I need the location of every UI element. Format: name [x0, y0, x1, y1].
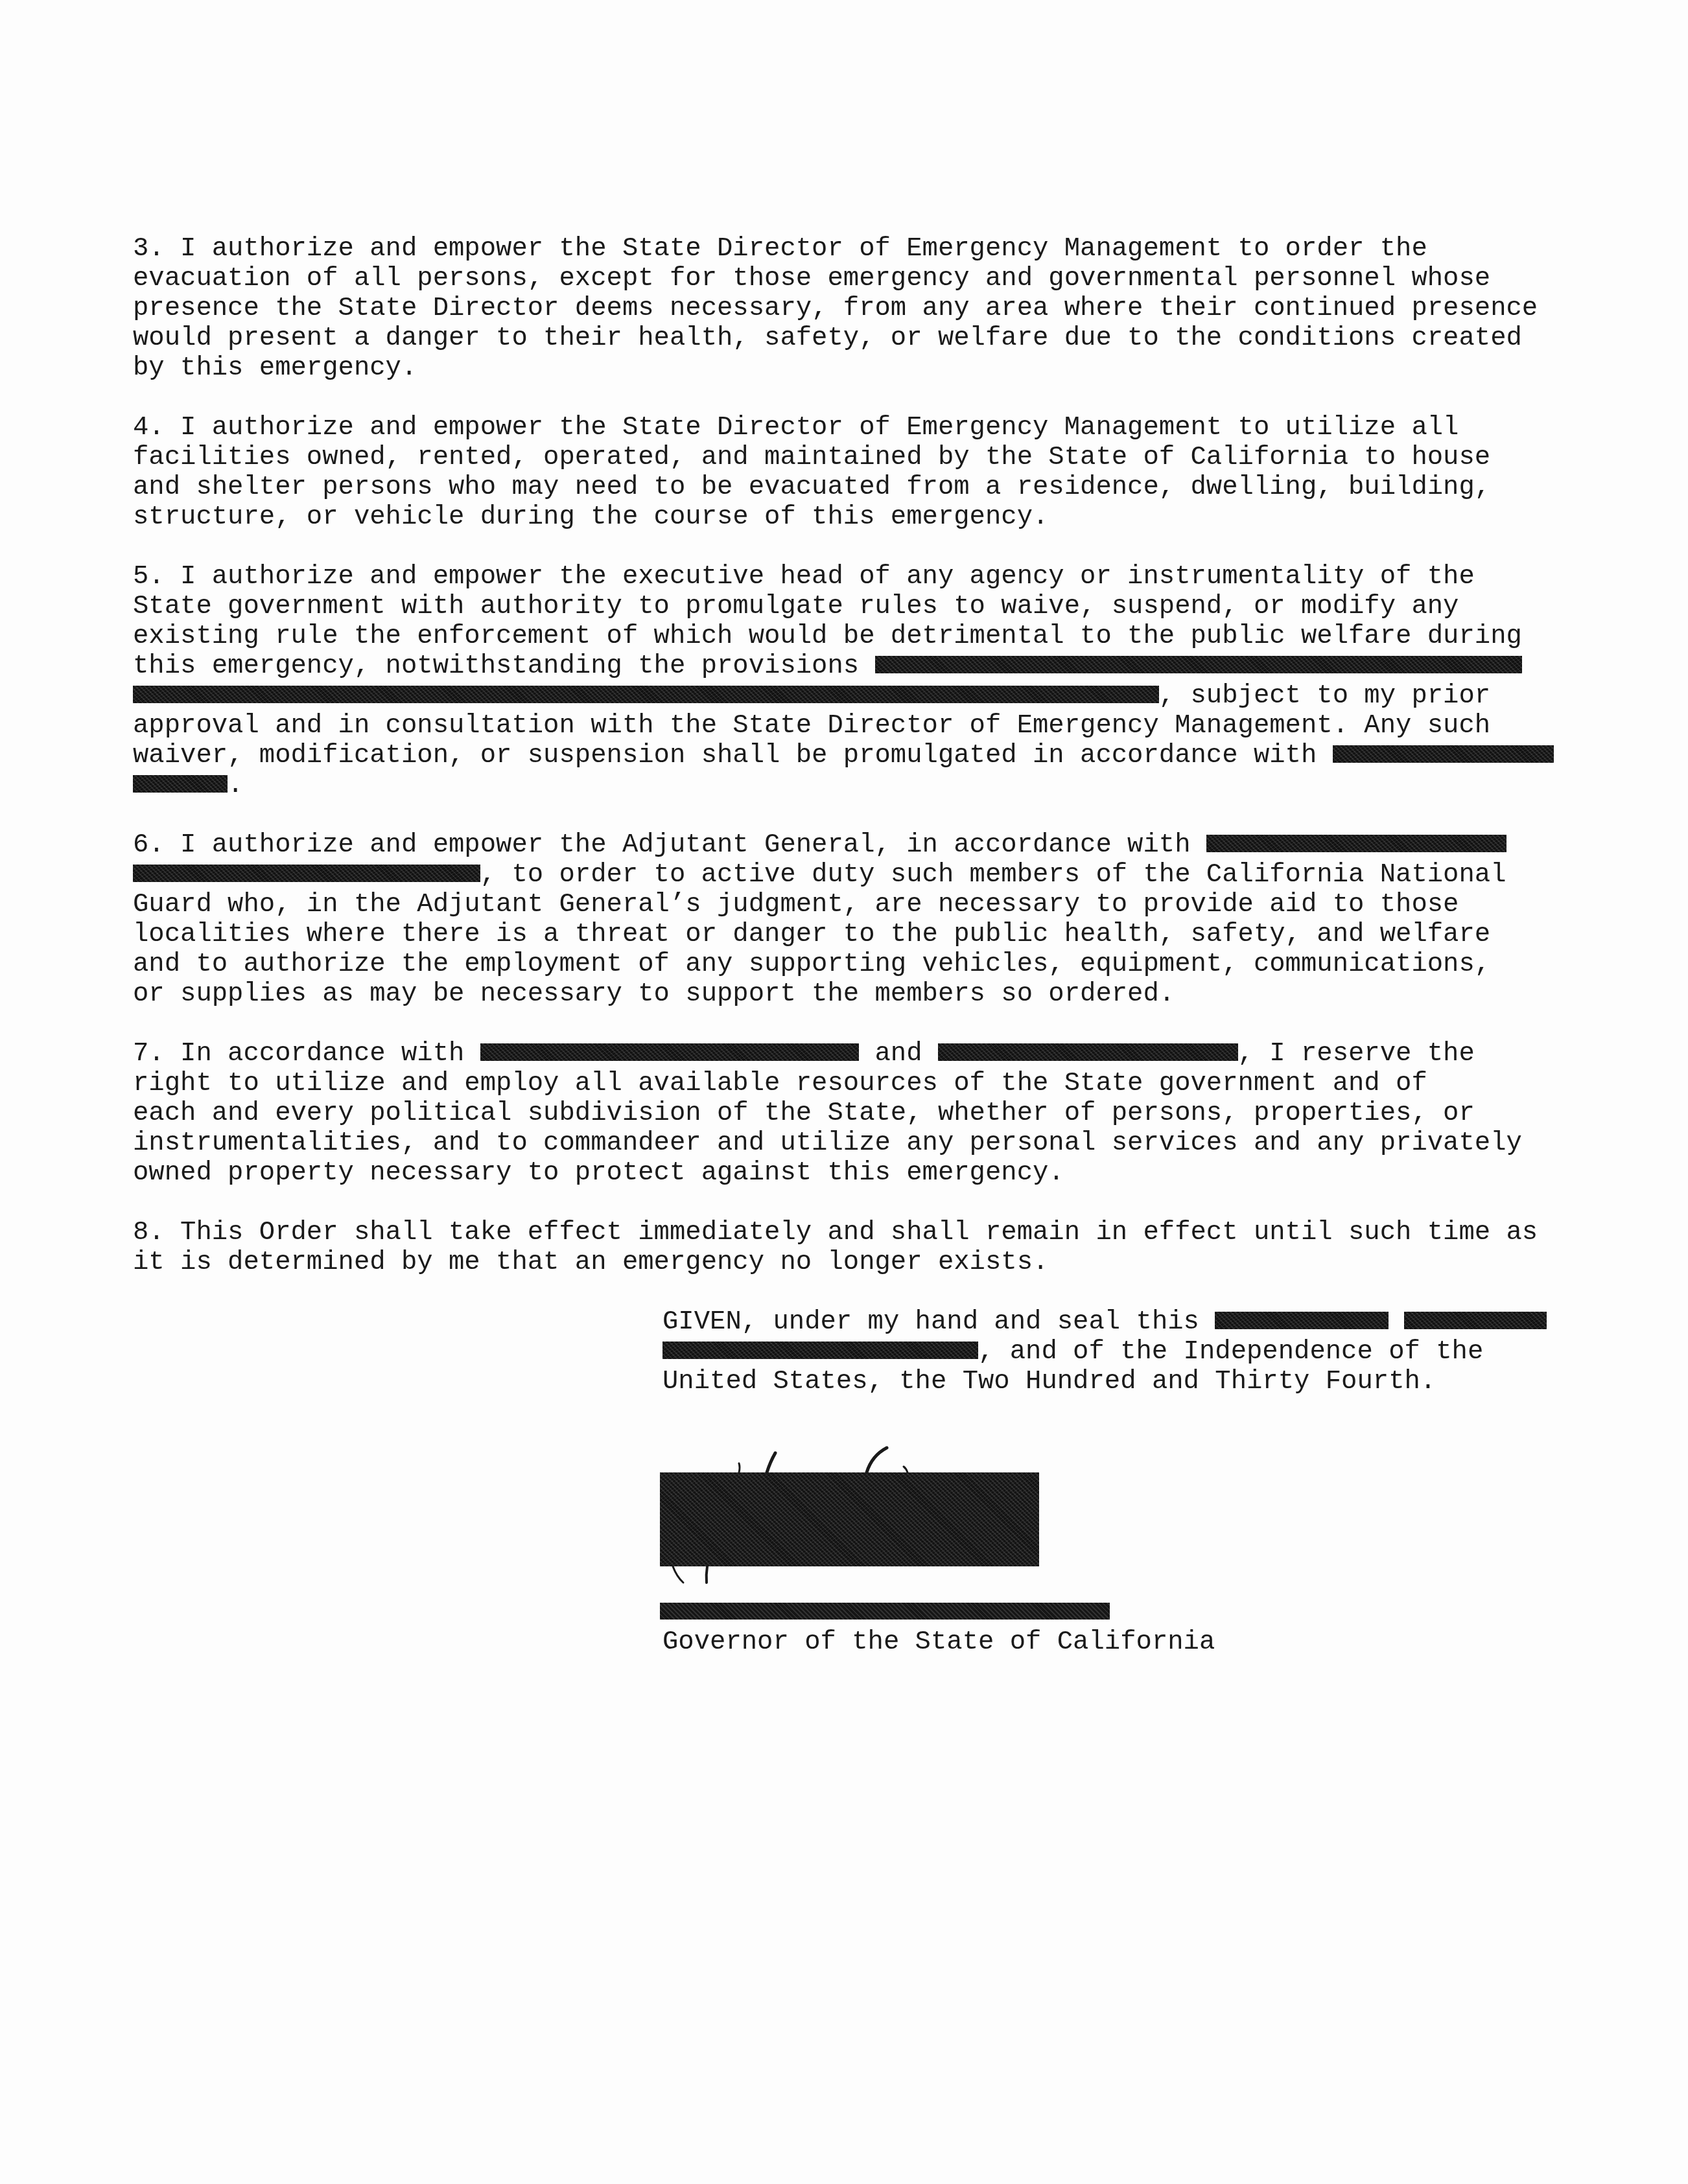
text-line: this emergency, notwithstanding the prov…	[133, 651, 1554, 681]
text-line: Guard who, in the Adjutant General’s jud…	[133, 890, 1554, 920]
redaction-block	[662, 1342, 978, 1359]
text-segment: it is determined by me that an emergency…	[133, 1248, 1048, 1277]
paragraph-3: 3. I authorize and empower the State Dir…	[133, 234, 1554, 383]
text-segment: 5. I authorize and empower the executive…	[133, 562, 1475, 592]
text-line: 7. In accordance with and , I reserve th…	[133, 1039, 1554, 1069]
redacted-signature	[660, 1472, 1039, 1566]
redaction-block	[480, 1043, 859, 1061]
text-line: by this emergency.	[133, 353, 1554, 383]
text-line: 3. I authorize and empower the State Dir…	[133, 234, 1554, 264]
text-segment: State government with authority to promu…	[133, 592, 1459, 622]
text-segment: each and every political subdivision of …	[133, 1098, 1475, 1128]
text-segment: and to authorize the employment of any s…	[133, 949, 1490, 979]
text-line: instrumentalities, and to commandeer and…	[133, 1128, 1554, 1158]
order-body: 3. I authorize and empower the State Dir…	[133, 234, 1554, 1307]
text-line: it is determined by me that an emergency…	[133, 1248, 1554, 1277]
text-segment: 3. I authorize and empower the State Dir…	[133, 234, 1427, 264]
text-line: would present a danger to their health, …	[133, 323, 1554, 353]
paragraph-5: 5. I authorize and empower the executive…	[133, 562, 1554, 800]
text-segment: facilities owned, rented, operated, and …	[133, 443, 1490, 472]
text-line: waiver, modification, or suspension shal…	[133, 741, 1554, 771]
text-line: evacuation of all persons, except for th…	[133, 264, 1554, 294]
redaction-block	[875, 656, 1522, 673]
text-segment: .	[228, 771, 243, 800]
text-line: United States, the Two Hundred and Thirt…	[662, 1367, 1547, 1397]
text-line: and shelter persons who may need to be e…	[133, 472, 1554, 502]
paragraph-6: 6. I authorize and empower the Adjutant …	[133, 830, 1554, 1009]
text-segment: by this emergency.	[133, 353, 417, 383]
text-line: State government with authority to promu…	[133, 592, 1554, 622]
text-line: presence the State Director deems necess…	[133, 294, 1554, 323]
text-line: GIVEN, under my hand and seal this	[662, 1307, 1547, 1337]
text-line: , and of the Independence of the	[662, 1337, 1547, 1367]
text-segment: United States, the Two Hundred and Thirt…	[662, 1367, 1436, 1397]
given-under-hand-block: GIVEN, under my hand and seal this , and…	[662, 1307, 1547, 1397]
redaction-block	[938, 1043, 1238, 1061]
text-line: 5. I authorize and empower the executive…	[133, 562, 1554, 592]
redaction-block	[133, 865, 480, 882]
text-segment: , subject to my prior	[1159, 681, 1490, 711]
text-segment: presence the State Director deems necess…	[133, 294, 1538, 323]
text-segment: , and of the Independence of the	[978, 1337, 1483, 1367]
redaction-block	[1404, 1312, 1546, 1329]
text-segment: 6. I authorize and empower the Adjutant …	[133, 830, 1206, 860]
text-line: 4. I authorize and empower the State Dir…	[133, 413, 1554, 443]
paragraph-4: 4. I authorize and empower the State Dir…	[133, 413, 1554, 532]
text-segment: and	[859, 1039, 938, 1069]
text-line: owned property necessary to protect agai…	[133, 1158, 1554, 1188]
text-line: , to order to active duty such members o…	[133, 860, 1554, 890]
paragraph-7: 7. In accordance with and , I reserve th…	[133, 1039, 1554, 1188]
text-line: 8. This Order shall take effect immediat…	[133, 1218, 1554, 1248]
text-segment: existing rule the enforcement of which w…	[133, 622, 1522, 651]
text-segment: , to order to active duty such members o…	[480, 860, 1506, 890]
text-segment: owned property necessary to protect agai…	[133, 1158, 1064, 1188]
redaction-block	[1215, 1312, 1389, 1329]
text-line: structure, or vehicle during the course …	[133, 502, 1554, 532]
text-segment: 4. I authorize and empower the State Dir…	[133, 413, 1459, 443]
text-segment: 7. In accordance with	[133, 1039, 480, 1069]
redaction-block	[133, 686, 1159, 703]
text-segment: Guard who, in the Adjutant General’s jud…	[133, 890, 1459, 920]
text-line: right to utilize and employ all availabl…	[133, 1069, 1554, 1098]
text-line: , subject to my prior	[133, 681, 1554, 711]
signer-title: Governor of the State of California	[662, 1627, 1215, 1657]
text-segment: or supplies as may be necessary to suppo…	[133, 979, 1175, 1009]
text-line: localities where there is a threat or da…	[133, 920, 1554, 949]
text-segment: localities where there is a threat or da…	[133, 920, 1490, 949]
text-segment: 8. This Order shall take effect immediat…	[133, 1218, 1538, 1248]
text-line: each and every political subdivision of …	[133, 1098, 1554, 1128]
text-line: facilities owned, rented, operated, and …	[133, 443, 1554, 472]
text-segment: waiver, modification, or suspension shal…	[133, 741, 1333, 771]
text-segment: approval and in consultation with the St…	[133, 711, 1490, 741]
text-line: .	[133, 771, 1554, 800]
text-segment: this emergency, notwithstanding the prov…	[133, 651, 875, 681]
text-segment: and shelter persons who may need to be e…	[133, 472, 1490, 502]
text-segment: structure, or vehicle during the course …	[133, 502, 1048, 532]
redaction-block	[1333, 745, 1554, 763]
text-segment: evacuation of all persons, except for th…	[133, 264, 1490, 294]
text-segment: GIVEN, under my hand and seal this	[662, 1307, 1215, 1337]
text-line: and to authorize the employment of any s…	[133, 949, 1554, 979]
text-line: existing rule the enforcement of which w…	[133, 622, 1554, 651]
text-segment	[1389, 1307, 1404, 1337]
document-page: 3. I authorize and empower the State Dir…	[0, 0, 1688, 2184]
text-segment: would present a danger to their health, …	[133, 323, 1522, 353]
redaction-block	[1206, 835, 1506, 852]
text-segment: , I reserve the	[1238, 1039, 1475, 1069]
redacted-governor-name	[660, 1603, 1110, 1620]
paragraph-8: 8. This Order shall take effect immediat…	[133, 1218, 1554, 1277]
text-segment: instrumentalities, and to commandeer and…	[133, 1128, 1522, 1158]
text-line: approval and in consultation with the St…	[133, 711, 1554, 741]
redaction-block	[133, 775, 228, 793]
text-line: 6. I authorize and empower the Adjutant …	[133, 830, 1554, 860]
text-segment: right to utilize and employ all availabl…	[133, 1069, 1427, 1098]
text-line: or supplies as may be necessary to suppo…	[133, 979, 1554, 1009]
